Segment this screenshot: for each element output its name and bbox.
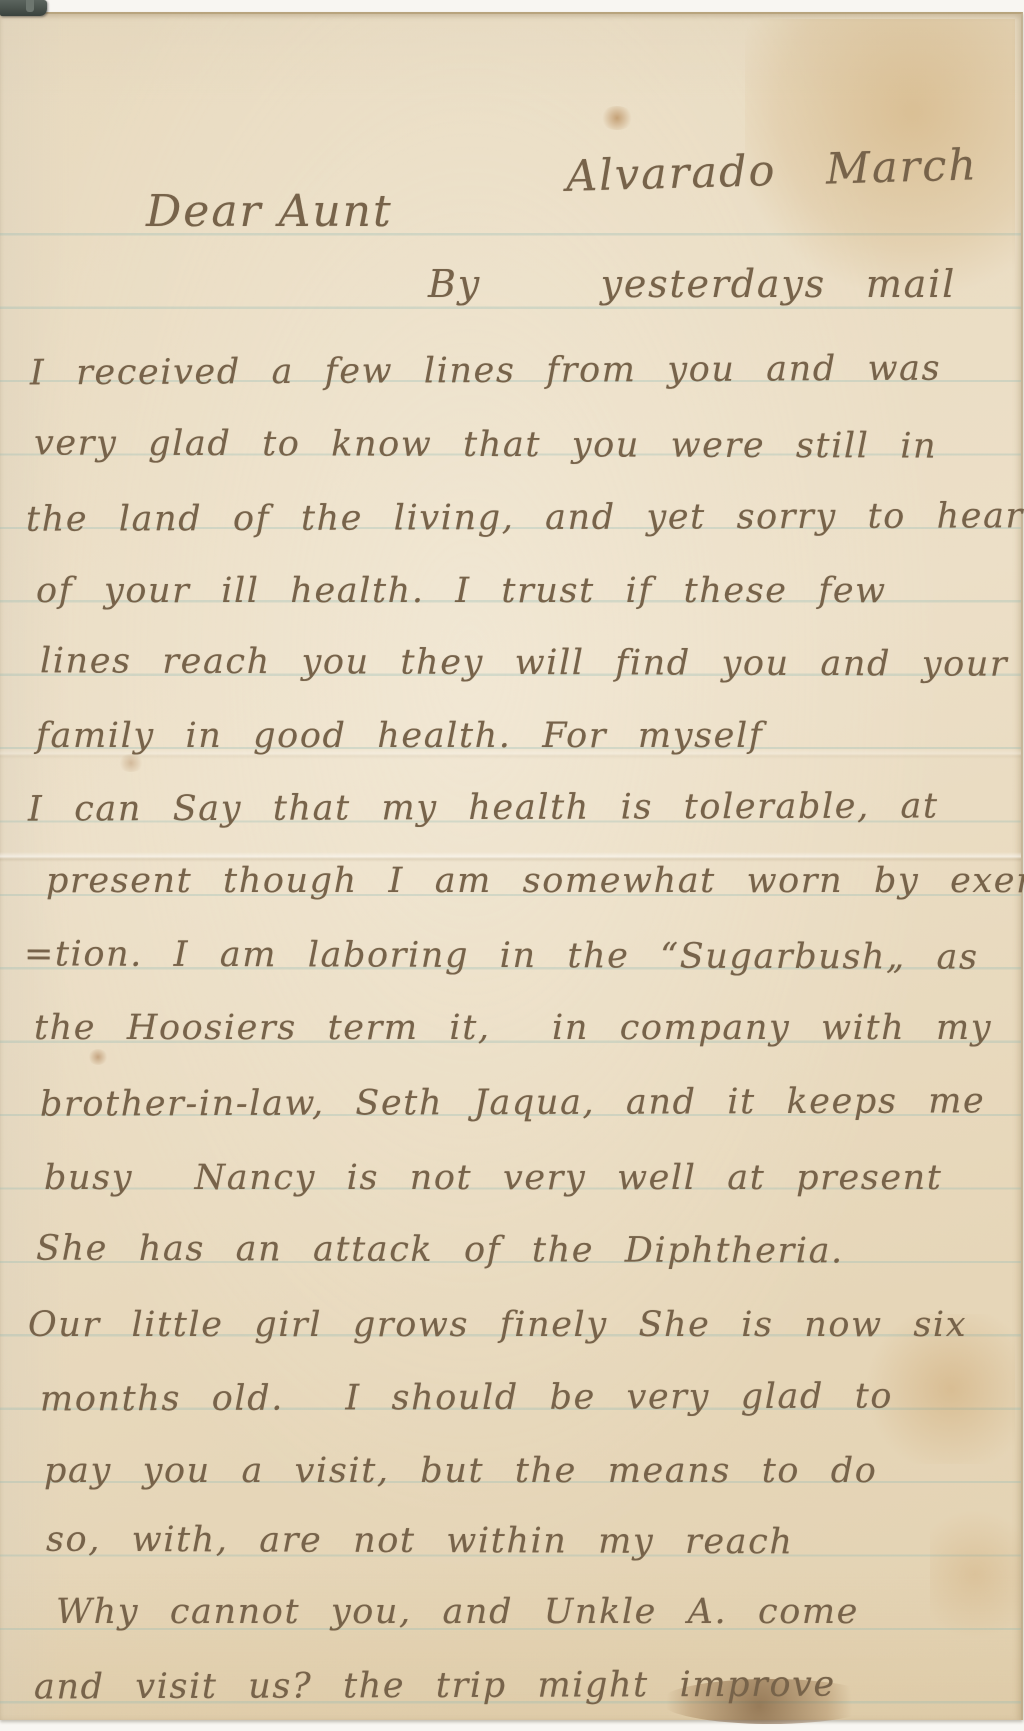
letter-line: Our little girl grows finely She is now …: [28, 1308, 967, 1343]
letter-line: present though I am somewhat worn by exe…: [46, 864, 1024, 899]
letter-scan: Alvarado March 30th 1862 Dear Aunt By ye…: [0, 0, 1024, 1731]
letter-line: very glad to know that you were still in: [34, 426, 937, 464]
letter-line: months old. I should be very glad to: [40, 1380, 893, 1418]
binder-clip: [0, 0, 47, 16]
letter-line: =tion. I am laboring in the “Sugarbush„ …: [24, 937, 979, 975]
letter-line: of your ill health. I trust if these few: [36, 574, 887, 609]
letter-line: busy Nancy is not very well at present: [44, 1161, 942, 1196]
letter-line: family in good health. For myself: [36, 719, 763, 754]
letter-line: She has an attack of the Diphtheria.: [36, 1232, 844, 1270]
letter-line: I can Say that my health is tolerable, a…: [28, 789, 939, 827]
letter-line: the land of the living, and yet sorry to…: [26, 499, 1024, 537]
letter-line: so, with, are not within my reach: [46, 1523, 794, 1561]
letter-line: the Hoosiers term it, in company with my: [34, 1011, 992, 1046]
salutation: Dear Aunt: [146, 186, 393, 237]
letter-line: pay you a visit, but the means to do: [44, 1454, 877, 1489]
letter-line: I received a few lines from you and was: [30, 352, 941, 392]
opening-phrase: By yesterdays mail: [428, 262, 956, 306]
letter-page: Alvarado March 30th 1862 Dear Aunt By ye…: [0, 12, 1023, 1720]
letter-line: lines reach you they will find you and y…: [40, 644, 1008, 682]
letter-line: brother-in-law, Seth Jaqua, and it keeps…: [40, 1084, 985, 1122]
letter-line: and visit us? the trip might improve: [34, 1668, 836, 1706]
dateline-place-day: Alvarado March 30: [565, 137, 1024, 202]
letter-line: Why cannot you, and Unkle A. come: [56, 1595, 859, 1630]
